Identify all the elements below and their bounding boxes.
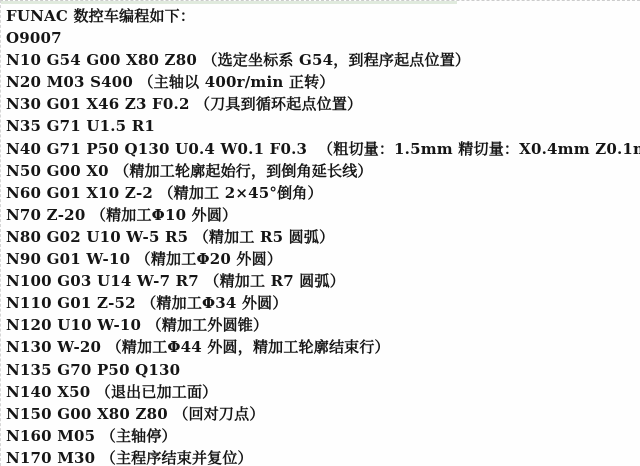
code-line: N120 U10 W-10 （精加工外圆锥） (6, 314, 634, 336)
code-line: N90 G01 W-10 （精加工Φ20 外圆） (6, 248, 634, 270)
program-number: O9007 (6, 27, 634, 49)
code-line: N40 G71 P50 Q130 U0.4 W0.1 F0.3 （粗切量：1.5… (6, 138, 634, 160)
code-line: N150 G00 X80 Z80 （回对刀点） (6, 403, 634, 425)
code-line: N70 Z-20 （精加工Φ10 外圆） (6, 204, 634, 226)
code-line: N100 G03 U14 W-7 R7 （精加工 R7 圆弧） (6, 270, 634, 292)
code-line: N130 W-20 （精加工Φ44 外圆，精加工轮廓结束行） (6, 336, 634, 358)
code-line: N135 G70 P50 Q130 (6, 359, 634, 381)
code-line: N50 G00 X0 （精加工轮廓起始行，到倒角延长线） (6, 160, 634, 182)
document-page: FUNAC 数控车编程如下： O9007 N10 G54 G00 X80 Z80… (0, 0, 640, 466)
document-heading: FUNAC 数控车编程如下： (6, 5, 634, 27)
code-line: N110 G01 Z-52 （精加工Φ34 外圆） (6, 292, 634, 314)
code-line: N30 G01 X46 Z3 F0.2 （刀具到循环起点位置） (6, 93, 634, 115)
code-line: N140 X50 （退出已加工面） (6, 381, 634, 403)
program-text-block: FUNAC 数控车编程如下： O9007 N10 G54 G00 X80 Z80… (1, 1, 640, 466)
code-line: N20 M03 S400 （主轴以 400r/min 正转） (6, 71, 634, 93)
code-line: N10 G54 G00 X80 Z80 （选定坐标系 G54，到程序起点位置） (6, 49, 634, 71)
code-line: N80 G02 U10 W-5 R5 （精加工 R5 圆弧） (6, 226, 634, 248)
code-line: N160 M05 （主轴停） (6, 425, 634, 447)
code-line: N60 G01 X10 Z-2 （精加工 2×45°倒角） (6, 182, 634, 204)
code-line: N35 G71 U1.5 R1 (6, 115, 634, 137)
code-line: N170 M30 （主程序结束并复位） (6, 447, 634, 466)
